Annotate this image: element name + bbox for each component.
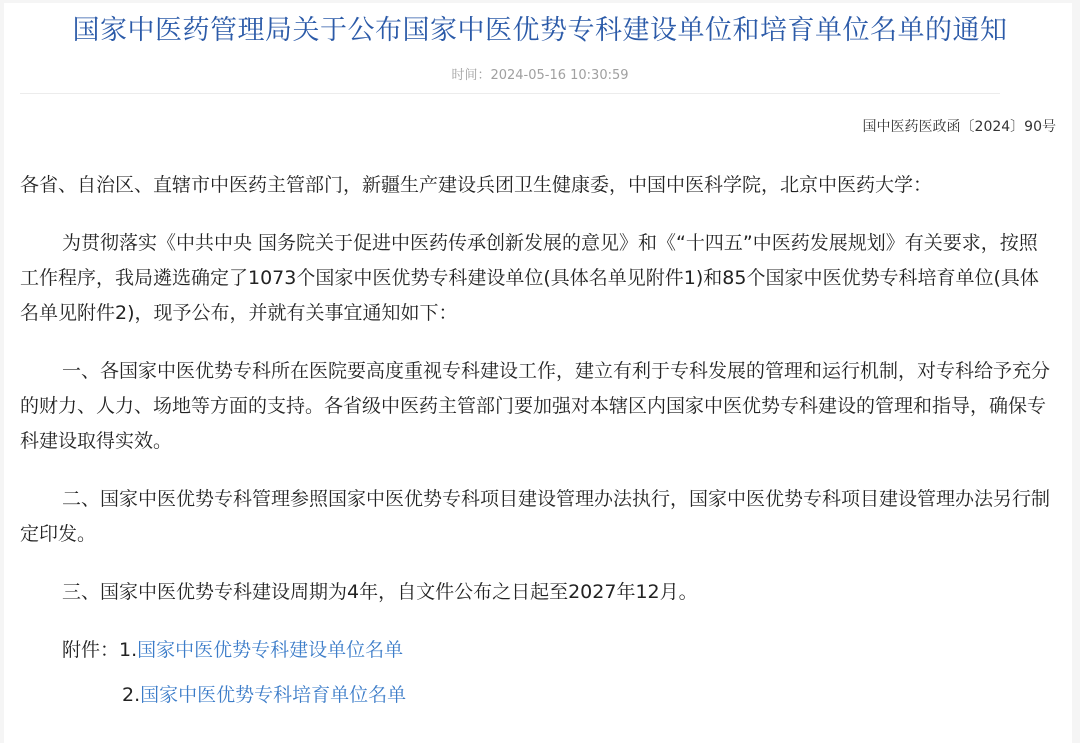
- paragraph-item-1: 一、各国家中医优势专科所在医院要高度重视专科建设工作，建立有利于专科发展的管理和…: [20, 354, 1050, 459]
- header-divider: [20, 93, 1000, 94]
- attachment-number: 1.: [119, 639, 137, 661]
- paragraph-item-2: 二、国家中医优势专科管理参照国家中医优势专科项目建设管理办法执行，国家中医优势专…: [20, 482, 1050, 552]
- attachment-row-2: 2.国家中医优势专科培育单位名单: [20, 678, 1050, 713]
- attachment-link-2[interactable]: 国家中医优势专科培育单位名单: [140, 684, 406, 706]
- attachment-link-1[interactable]: 国家中医优势专科建设单位名单: [137, 639, 403, 661]
- article-title: 国家中医药管理局关于公布国家中医优势专科建设单位和培育单位名单的通知: [0, 8, 1080, 47]
- paragraph-item-3: 三、国家中医优势专科建设周期为4年，自文件公布之日起至2027年12月。: [20, 575, 1050, 610]
- salutation: 各省、自治区、直辖市中医药主管部门，新疆生产建设兵团卫生健康委，中国中医科学院，…: [20, 168, 1050, 203]
- attachments-label: 附件：: [62, 639, 119, 661]
- article-body: 各省、自治区、直辖市中医药主管部门，新疆生产建设兵团卫生健康委，中国中医科学院，…: [20, 168, 1050, 713]
- attachment-row-1: 附件：1.国家中医优势专科建设单位名单: [20, 633, 1050, 668]
- paragraph-intro: 为贯彻落实《中共中央 国务院关于促进中医药传承创新发展的意见》和《“十四五”中医…: [20, 226, 1050, 331]
- attachment-number: 2.: [122, 684, 140, 706]
- publish-time: 时间：2024-05-16 10:30:59: [0, 64, 1080, 83]
- document-number: 国中医药医政函〔2024〕90号: [863, 116, 1056, 136]
